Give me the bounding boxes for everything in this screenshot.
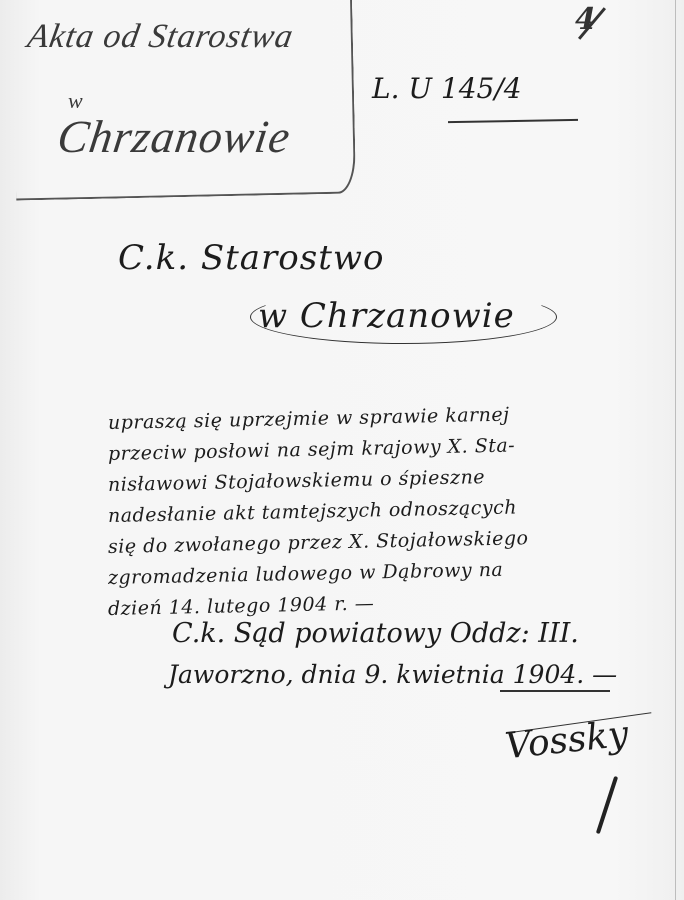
reference-underline xyxy=(448,119,578,123)
sender-court: C.k. Sąd powiatowy Oddz: III. xyxy=(172,618,579,649)
signature: Vossky xyxy=(503,714,630,768)
pencil-note-line-1: Akta od Starostwa xyxy=(25,18,297,56)
signature-tail xyxy=(596,776,618,834)
date-underline xyxy=(500,690,610,692)
page-edge xyxy=(675,0,676,900)
reference-number: L. U 145/4 xyxy=(372,72,522,105)
addressee-line-2: w Chrzanowie xyxy=(258,296,515,336)
place-and-date: Jaworzno, dnia 9. kwietnia 1904. — xyxy=(168,660,617,689)
addressee-line-1: C.k. Starostwo xyxy=(118,238,384,278)
pencil-note-line-3: Chrzanowie xyxy=(54,110,294,163)
document-page: Akta od Starostwa w Chrzanowie 4 L. U 14… xyxy=(0,0,684,900)
letter-body: upraszą się uprzejmie w sprawie karnej p… xyxy=(108,408,648,625)
